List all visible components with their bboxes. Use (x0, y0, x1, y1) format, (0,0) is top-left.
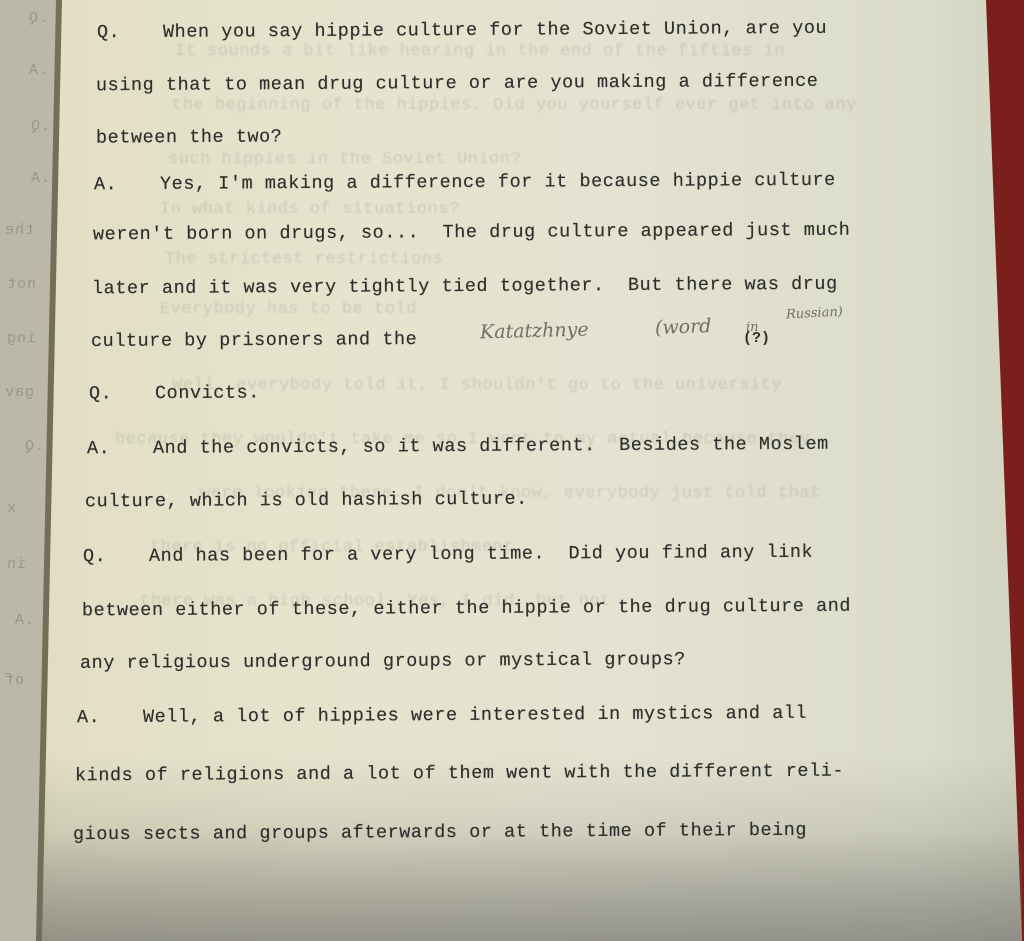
line-text: When you say hippie culture for the Sovi… (163, 18, 827, 43)
page-bottom-shadow (0, 831, 1024, 941)
show-through-line: Well, everybody told it, I shouldn't go … (172, 376, 782, 395)
left-page-mark: .A (14, 612, 34, 629)
left-page-mark: .A (30, 170, 50, 187)
left-page-mark: ing (6, 330, 36, 347)
speaker-label: Q. (97, 22, 163, 43)
show-through-line: the beginning of the hippies. Did you yo… (172, 96, 857, 115)
transcript-line: culture, which is old hashish culture. (85, 489, 528, 513)
line-text: And has been for a very long time. Did y… (149, 542, 813, 567)
transcript-line: culture by prisoners and the (91, 329, 417, 352)
left-page-mark: of (4, 672, 24, 689)
line-text: gious sects and groups afterwards or at … (73, 820, 807, 845)
line-text: any religious underground groups or myst… (80, 649, 686, 674)
speaker-label: Q. (89, 383, 155, 404)
left-page-mark: not (6, 276, 36, 293)
handwritten-annotation-word: Katatzhnye (480, 319, 589, 344)
line-text: Well, a lot of hippies were interested i… (143, 703, 807, 728)
handwritten-annotation-superscript: Russian) (786, 305, 844, 323)
transcript-line: gious sects and groups afterwards or at … (73, 820, 807, 845)
transcript-line: A.Well, a lot of hippies were interested… (77, 703, 807, 728)
left-page-mark: .Q (30, 118, 50, 135)
line-text: using that to mean drug culture or are y… (96, 71, 819, 96)
handwritten-annotation-open: (word (655, 315, 712, 339)
transcript-line: any religious underground groups or myst… (80, 649, 686, 674)
line-text: Convicts. (155, 382, 260, 404)
show-through-line: It sounds a bit like hearing in the end … (175, 42, 785, 61)
left-page-mark: the (4, 222, 34, 239)
speaker-label: A. (77, 707, 143, 728)
show-through-line: such hippies in the Soviet Union? (168, 150, 521, 169)
line-text: Yes, I'm making a difference for it beca… (160, 170, 836, 195)
speaker-label: Q. (83, 546, 149, 567)
speaker-label: A. (87, 438, 153, 459)
transcript-line: between the two? (96, 126, 283, 148)
line-text: culture, which is old hashish culture. (85, 489, 528, 513)
transcript-line: Q.Convicts. (89, 382, 260, 404)
line-text: culture by prisoners and the (91, 329, 417, 352)
show-through-line: In what kinds of situations? (160, 200, 460, 219)
show-through-line: Everybody has to be told (160, 300, 417, 319)
left-page-mark: in (6, 556, 26, 573)
left-page-mark: .Q (24, 438, 44, 455)
left-page-mark: gav (4, 384, 34, 401)
line-text: between the two? (96, 126, 283, 148)
transcript-line: Q.And has been for a very long time. Did… (83, 542, 813, 567)
left-page-mark: .A (28, 62, 48, 79)
left-page-mark: .Q (28, 10, 48, 27)
line-text: And the convicts, so it was different. B… (153, 434, 829, 459)
transcript-line: using that to mean drug culture or are y… (96, 71, 819, 96)
show-through-line: The strictest restrictions (165, 250, 443, 269)
handwritten-annotation-question: (?) (743, 330, 770, 347)
left-page-mark: x (6, 500, 16, 517)
speaker-label: A. (94, 174, 160, 195)
transcript-line: Q.When you say hippie culture for the So… (97, 18, 827, 43)
